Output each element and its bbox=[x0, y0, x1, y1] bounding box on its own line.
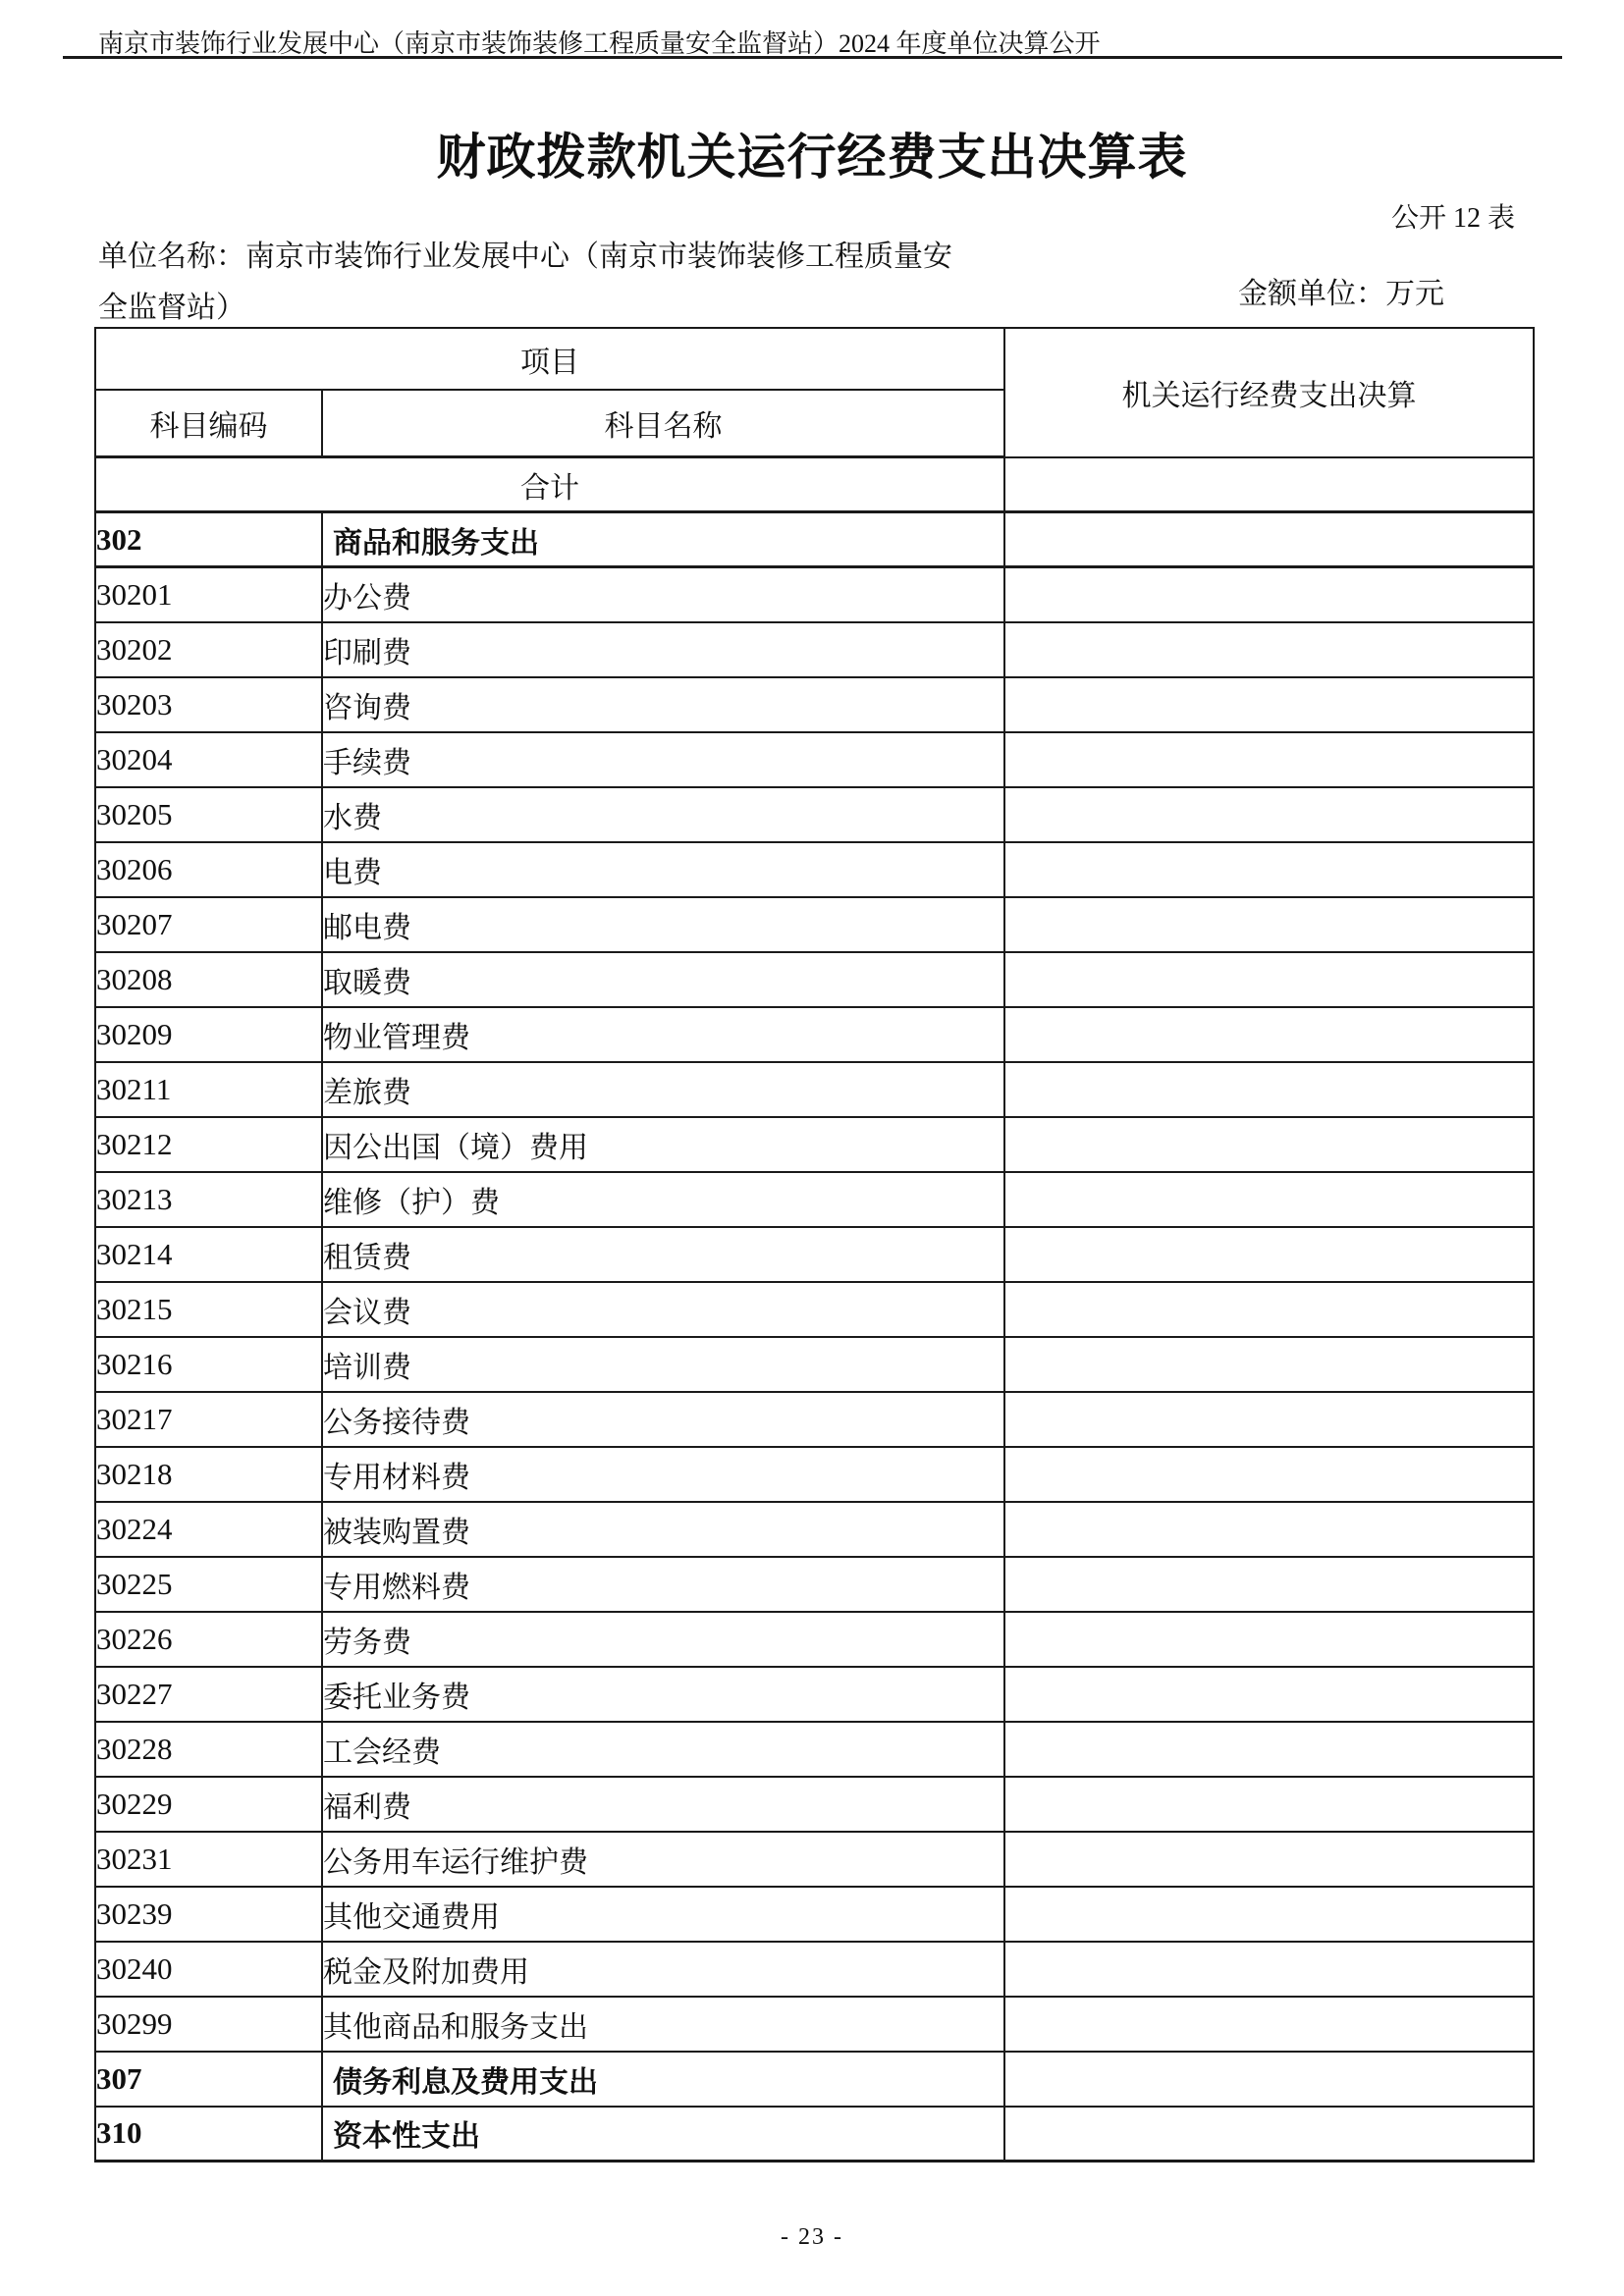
value-cell bbox=[1004, 512, 1534, 567]
table-row: 30202 印刷费 bbox=[95, 622, 1534, 677]
value-cell bbox=[1004, 1997, 1534, 2052]
value-cell bbox=[1004, 1337, 1534, 1392]
table-row: 30225 专用燃料费 bbox=[95, 1557, 1534, 1612]
table-row: 30213 维修（护）费 bbox=[95, 1172, 1534, 1227]
subject-name: 水费 bbox=[322, 787, 1004, 842]
table-row: 30206 电费 bbox=[95, 842, 1534, 897]
subject-code: 30225 bbox=[95, 1557, 322, 1612]
value-cell bbox=[1004, 897, 1534, 952]
page-header: 南京市装饰行业发展中心（南京市装饰装修工程质量安全监督站）2024 年度单位决算… bbox=[98, 24, 1101, 60]
value-cell bbox=[1004, 1447, 1534, 1502]
subject-code: 30240 bbox=[95, 1942, 322, 1997]
table-row: 30204 手续费 bbox=[95, 732, 1534, 787]
header-rule bbox=[63, 56, 1562, 59]
table-row: 307 债务利息及费用支出 bbox=[95, 2052, 1534, 2107]
value-cell bbox=[1004, 2052, 1534, 2107]
subject-name: 专用材料费 bbox=[322, 1447, 1004, 1502]
table-row: 30214 租赁费 bbox=[95, 1227, 1534, 1282]
subject-name: 专用燃料费 bbox=[322, 1557, 1004, 1612]
total-label: 合计 bbox=[95, 457, 1004, 512]
table-row: 30229 福利费 bbox=[95, 1777, 1534, 1832]
value-cell bbox=[1004, 1502, 1534, 1557]
header-project: 项目 bbox=[95, 328, 1004, 390]
value-cell bbox=[1004, 1832, 1534, 1887]
subject-code: 30207 bbox=[95, 897, 322, 952]
amount-unit: 金额单位：万元 bbox=[1238, 269, 1444, 312]
table-row: 30231 公务用车运行维护费 bbox=[95, 1832, 1534, 1887]
budget-table: 项目 机关运行经费支出决算 科目编码 科目名称 合计 302 商品和服务支出 3… bbox=[94, 327, 1535, 2163]
table-row: 30216 培训费 bbox=[95, 1337, 1534, 1392]
subject-code: 302 bbox=[95, 512, 322, 567]
table-row: 30209 物业管理费 bbox=[95, 1007, 1534, 1062]
subject-name: 因公出国（境）费用 bbox=[322, 1117, 1004, 1172]
subject-name: 电费 bbox=[322, 842, 1004, 897]
subject-code: 30226 bbox=[95, 1612, 322, 1667]
table-row: 30211 差旅费 bbox=[95, 1062, 1534, 1117]
subject-code: 30212 bbox=[95, 1117, 322, 1172]
table-row: 30240 税金及附加费用 bbox=[95, 1942, 1534, 1997]
subject-name: 工会经费 bbox=[322, 1722, 1004, 1777]
subject-name: 其他交通费用 bbox=[322, 1887, 1004, 1942]
subject-code: 30228 bbox=[95, 1722, 322, 1777]
subject-code: 310 bbox=[95, 2107, 322, 2162]
table-row: 30226 劳务费 bbox=[95, 1612, 1534, 1667]
value-cell bbox=[1004, 1172, 1534, 1227]
subject-code: 30202 bbox=[95, 622, 322, 677]
subject-code: 30205 bbox=[95, 787, 322, 842]
subject-code: 30206 bbox=[95, 842, 322, 897]
total-value bbox=[1004, 457, 1534, 512]
subject-name: 物业管理费 bbox=[322, 1007, 1004, 1062]
table-header-row-1: 项目 机关运行经费支出决算 bbox=[95, 328, 1534, 390]
subject-name: 委托业务费 bbox=[322, 1667, 1004, 1722]
subject-code: 30224 bbox=[95, 1502, 322, 1557]
value-cell bbox=[1004, 622, 1534, 677]
subject-code: 30211 bbox=[95, 1062, 322, 1117]
subject-code: 30209 bbox=[95, 1007, 322, 1062]
subject-code: 30214 bbox=[95, 1227, 322, 1282]
table-row: 30208 取暖费 bbox=[95, 952, 1534, 1007]
table-row: 30228 工会经费 bbox=[95, 1722, 1534, 1777]
subject-code: 30231 bbox=[95, 1832, 322, 1887]
subject-code: 30204 bbox=[95, 732, 322, 787]
subject-code: 30299 bbox=[95, 1997, 322, 2052]
table-row: 30218 专用材料费 bbox=[95, 1447, 1534, 1502]
value-cell bbox=[1004, 952, 1534, 1007]
table-row: 30205 水费 bbox=[95, 787, 1534, 842]
subject-name: 资本性支出 bbox=[322, 2107, 1004, 2162]
subject-code: 30215 bbox=[95, 1282, 322, 1337]
value-cell bbox=[1004, 1282, 1534, 1337]
table-row: 30212 因公出国（境）费用 bbox=[95, 1117, 1534, 1172]
subject-name: 手续费 bbox=[322, 732, 1004, 787]
value-cell bbox=[1004, 732, 1534, 787]
subject-name: 债务利息及费用支出 bbox=[322, 2052, 1004, 2107]
value-cell bbox=[1004, 567, 1534, 622]
table-row: 30239 其他交通费用 bbox=[95, 1887, 1534, 1942]
table-row: 30224 被装购置费 bbox=[95, 1502, 1534, 1557]
subject-code: 307 bbox=[95, 2052, 322, 2107]
value-cell bbox=[1004, 1557, 1534, 1612]
value-cell bbox=[1004, 1117, 1534, 1172]
header-subject-code: 科目编码 bbox=[95, 390, 322, 457]
subject-name: 商品和服务支出 bbox=[322, 512, 1004, 567]
value-cell bbox=[1004, 1777, 1534, 1832]
subject-code: 30217 bbox=[95, 1392, 322, 1447]
table-row: 30215 会议费 bbox=[95, 1282, 1534, 1337]
subject-name: 维修（护）费 bbox=[322, 1172, 1004, 1227]
value-cell bbox=[1004, 787, 1534, 842]
subject-code: 30239 bbox=[95, 1887, 322, 1942]
table-row: 30203 咨询费 bbox=[95, 677, 1534, 732]
subject-name: 邮电费 bbox=[322, 897, 1004, 952]
unit-name: 单位名称：南京市装饰行业发展中心（南京市装饰装修工程质量安全监督站） bbox=[98, 232, 962, 334]
table-row: 30227 委托业务费 bbox=[95, 1667, 1534, 1722]
page-title: 财政拨款机关运行经费支出决算表 bbox=[0, 118, 1624, 188]
subject-name: 劳务费 bbox=[322, 1612, 1004, 1667]
table-row: 310 资本性支出 bbox=[95, 2107, 1534, 2162]
page-number: - 23 - bbox=[0, 2224, 1624, 2251]
subject-code: 30201 bbox=[95, 567, 322, 622]
subject-name: 其他商品和服务支出 bbox=[322, 1997, 1004, 2052]
subject-name: 印刷费 bbox=[322, 622, 1004, 677]
subject-name: 租赁费 bbox=[322, 1227, 1004, 1282]
subject-name: 福利费 bbox=[322, 1777, 1004, 1832]
subject-code: 30203 bbox=[95, 677, 322, 732]
value-cell bbox=[1004, 842, 1534, 897]
table-row: 30299 其他商品和服务支出 bbox=[95, 1997, 1534, 2052]
subject-name: 公务用车运行维护费 bbox=[322, 1832, 1004, 1887]
document-page: 南京市装饰行业发展中心（南京市装饰装修工程质量安全监督站）2024 年度单位决算… bbox=[0, 0, 1624, 2296]
subject-code: 30216 bbox=[95, 1337, 322, 1392]
table-row: 30207 邮电费 bbox=[95, 897, 1534, 952]
table-row-total: 合计 bbox=[95, 457, 1534, 512]
value-cell bbox=[1004, 1722, 1534, 1777]
subject-code: 30208 bbox=[95, 952, 322, 1007]
value-cell bbox=[1004, 1227, 1534, 1282]
subject-code: 30229 bbox=[95, 1777, 322, 1832]
subject-name: 取暖费 bbox=[322, 952, 1004, 1007]
value-cell bbox=[1004, 1887, 1534, 1942]
subject-name: 差旅费 bbox=[322, 1062, 1004, 1117]
header-subject-name: 科目名称 bbox=[322, 390, 1004, 457]
value-cell bbox=[1004, 1392, 1534, 1447]
subject-code: 30227 bbox=[95, 1667, 322, 1722]
value-cell bbox=[1004, 2107, 1534, 2162]
table-row: 302 商品和服务支出 bbox=[95, 512, 1534, 567]
table-number-label: 公开 12 表 bbox=[1391, 196, 1515, 236]
subject-name: 培训费 bbox=[322, 1337, 1004, 1392]
value-cell bbox=[1004, 1007, 1534, 1062]
header-expense-final: 机关运行经费支出决算 bbox=[1004, 328, 1534, 457]
subject-name: 公务接待费 bbox=[322, 1392, 1004, 1447]
subject-name: 会议费 bbox=[322, 1282, 1004, 1337]
value-cell bbox=[1004, 1942, 1534, 1997]
table-row: 30201 办公费 bbox=[95, 567, 1534, 622]
value-cell bbox=[1004, 1062, 1534, 1117]
subject-name: 咨询费 bbox=[322, 677, 1004, 732]
subject-name: 税金及附加费用 bbox=[322, 1942, 1004, 1997]
subject-code: 30218 bbox=[95, 1447, 322, 1502]
subject-code: 30213 bbox=[95, 1172, 322, 1227]
value-cell bbox=[1004, 1612, 1534, 1667]
table-row: 30217 公务接待费 bbox=[95, 1392, 1534, 1447]
value-cell bbox=[1004, 677, 1534, 732]
value-cell bbox=[1004, 1667, 1534, 1722]
subject-name: 被装购置费 bbox=[322, 1502, 1004, 1557]
subject-name: 办公费 bbox=[322, 567, 1004, 622]
